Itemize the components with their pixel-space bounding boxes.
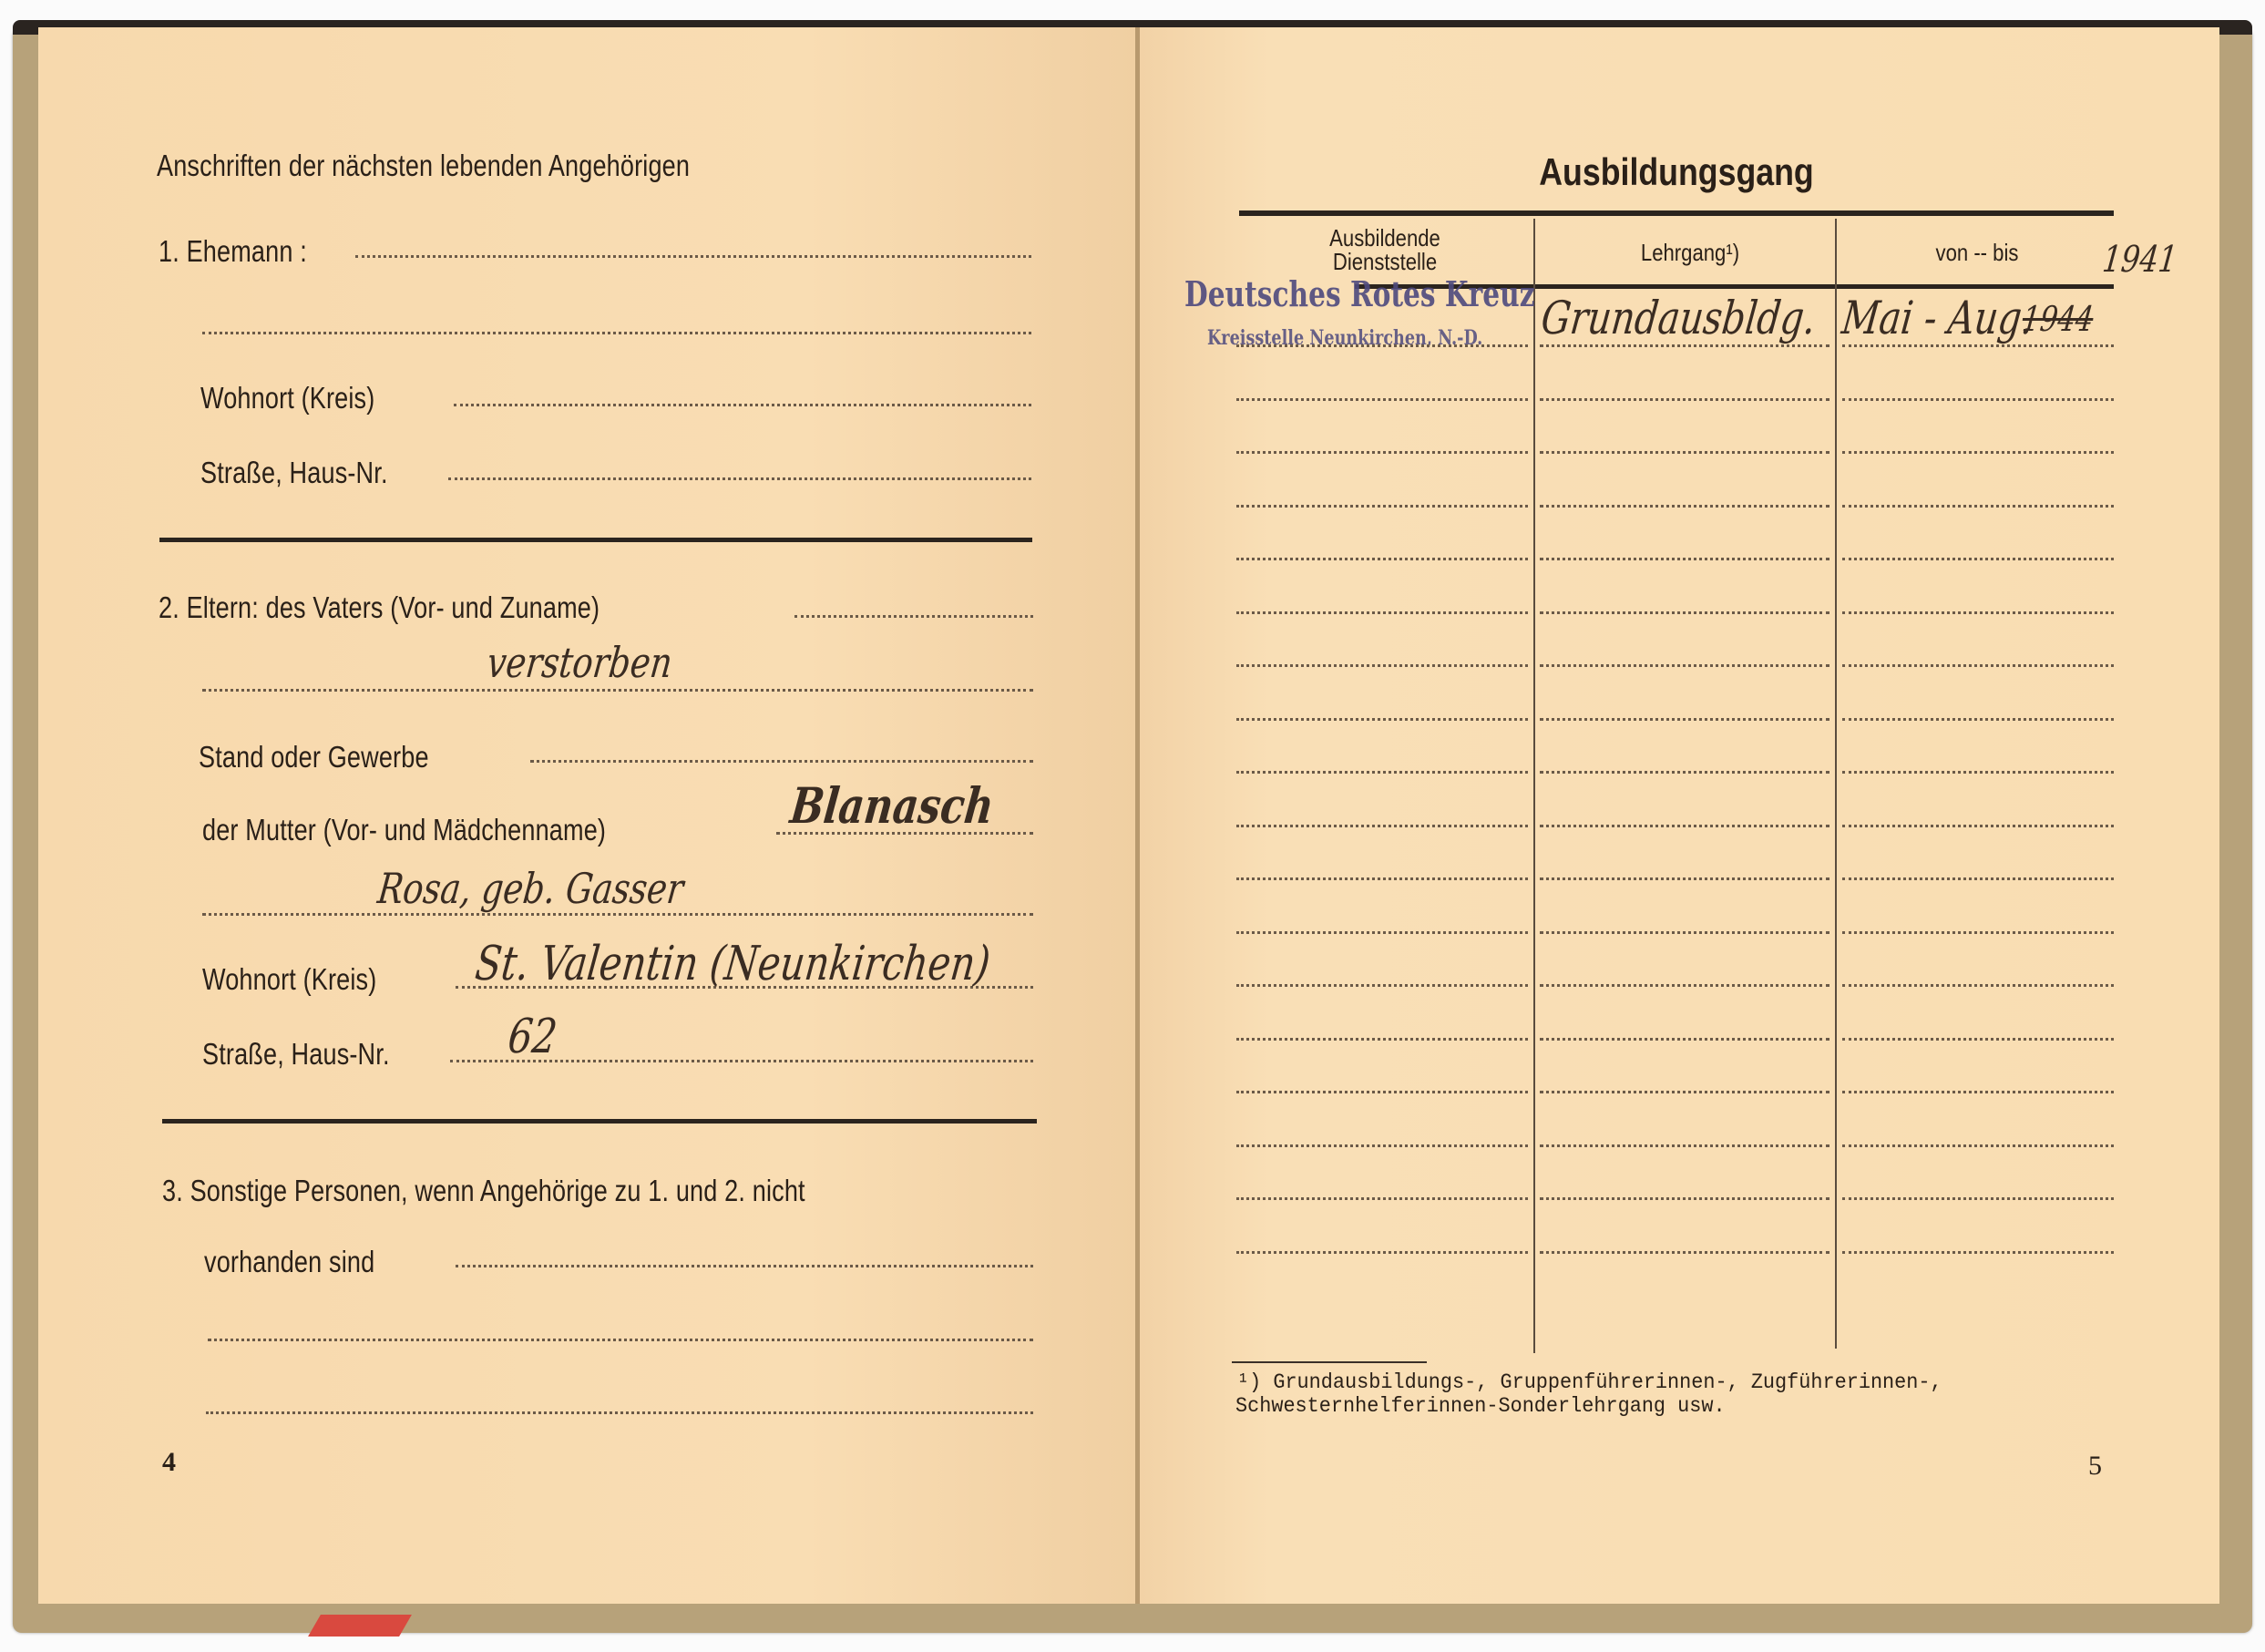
vater-field-line2[interactable] (202, 689, 1033, 692)
ehemann-field-line2[interactable] (202, 332, 1031, 334)
left-heading: Anschriften der nächsten lebenden Angehö… (157, 149, 690, 183)
mutter-strasse-handwritten: 62 (506, 1010, 560, 1064)
table-cell-line[interactable] (1540, 1144, 1829, 1147)
table-cell-line[interactable] (1540, 1197, 1829, 1200)
table-cell-line[interactable] (1236, 558, 1528, 560)
table-cell-line[interactable] (1236, 718, 1528, 721)
table-cell-line[interactable] (1236, 664, 1528, 667)
stand-label: Stand oder Gewerbe (199, 740, 429, 775)
table-cell-line[interactable] (1842, 344, 2114, 347)
page-number-left: 4 (162, 1447, 176, 1478)
table-cell-line[interactable] (1236, 505, 1528, 508)
table-cell-line[interactable] (1842, 771, 2114, 774)
table-cell-line[interactable] (1540, 931, 1829, 934)
table-cell-line[interactable] (1236, 1038, 1528, 1041)
table-cell-line[interactable] (1842, 877, 2114, 880)
table-cell-line[interactable] (1236, 1091, 1528, 1093)
table-cell-line[interactable] (1236, 398, 1528, 401)
footnote-divider (1232, 1361, 1427, 1363)
table-cell-line[interactable] (1842, 451, 2114, 454)
table-cell-line[interactable] (1236, 1197, 1528, 1200)
footnote-line2: Schwesternhelferinnen-Sonderlehrgang usw… (1235, 1394, 1726, 1418)
table-cell-line[interactable] (1842, 1251, 2114, 1254)
table-cell-line[interactable] (1842, 931, 2114, 934)
ehemann-field[interactable] (355, 255, 1031, 258)
table-cell-line[interactable] (1236, 877, 1528, 880)
mutter-surname-handwritten: Blanasch (787, 776, 997, 835)
ehemann-wohnort-field[interactable] (454, 404, 1031, 406)
table-cell-line[interactable] (1540, 771, 1829, 774)
ehemann-strasse-field[interactable] (448, 477, 1031, 480)
page-number-right: 5 (2088, 1451, 2102, 1482)
table-cell-line[interactable] (1842, 611, 2114, 614)
table-cell-line[interactable] (1236, 451, 1528, 454)
table-top-rule (1239, 210, 2114, 216)
table-cell-line[interactable] (1540, 825, 1829, 827)
table-cell-line[interactable] (1842, 984, 2114, 987)
table-cell-line[interactable] (1842, 664, 2114, 667)
lehrgang-handwritten: Grundausbldg. (1539, 292, 1819, 344)
table-cell-line[interactable] (1842, 1144, 2114, 1147)
table-cell-line[interactable] (1842, 1091, 2114, 1093)
sonstige-label-line1: 3. Sonstige Personen, wenn Angehörige zu… (162, 1174, 805, 1208)
table-cell-line[interactable] (1236, 984, 1528, 987)
drk-stamp-line1: Deutsches Rotes Kreuz (1184, 273, 1535, 314)
sonstige-field-line2[interactable] (208, 1339, 1033, 1341)
year-struck-handwritten: 1944 (2021, 299, 2096, 339)
table-cell-line[interactable] (1236, 611, 1528, 614)
table-cell-line[interactable] (1842, 1038, 2114, 1041)
table-cell-line[interactable] (1540, 558, 1829, 560)
column-divider-1 (1533, 219, 1535, 1353)
table-cell-line[interactable] (1842, 1197, 2114, 1200)
table-cell-line[interactable] (1236, 931, 1528, 934)
ehemann-label: 1. Ehemann : (159, 234, 307, 269)
table-cell-line[interactable] (1842, 398, 2114, 401)
table-cell-line[interactable] (1540, 1091, 1829, 1093)
mutter-wohnort-handwritten: St. Valentin (Neunkirchen) (473, 937, 993, 991)
ausbildungsgang-title: Ausbildungsgang (1522, 150, 1831, 194)
ehemann-wohnort-label: Wohnort (Kreis) (200, 381, 374, 416)
table-cell-line[interactable] (1540, 398, 1829, 401)
table-cell-line[interactable] (1540, 984, 1829, 987)
table-cell-line[interactable] (1540, 611, 1829, 614)
sonstige-field[interactable] (456, 1265, 1033, 1267)
mutter-label: der Mutter (Vor- und Mädchenname) (202, 813, 606, 847)
mutter-strasse-label: Straße, Haus-Nr. (202, 1037, 390, 1072)
mutter-field-line2[interactable] (202, 913, 1033, 916)
table-cell-line[interactable] (1540, 451, 1829, 454)
footnote-line1: ¹) Grundausbildungs-, Gruppenführerinnen… (1237, 1370, 1942, 1394)
table-cell-line[interactable] (1540, 877, 1829, 880)
section-divider-2 (162, 1119, 1037, 1124)
table-cell-line[interactable] (1540, 1038, 1829, 1041)
sonstige-label-line2: vorhanden sind (204, 1245, 374, 1279)
vater-field[interactable] (794, 615, 1033, 618)
table-cell-line[interactable] (1236, 771, 1528, 774)
table-cell-line[interactable] (1842, 718, 2114, 721)
section-divider-1 (159, 538, 1032, 542)
vater-value-handwritten: verstorben (485, 638, 675, 687)
table-cell-line[interactable] (1842, 558, 2114, 560)
eltern-vater-label: 2. Eltern: des Vaters (Vor- und Zuname) (159, 590, 600, 625)
von-bis-handwritten: Mai - Aug. (1840, 292, 2036, 344)
sonstige-field-line3[interactable] (206, 1411, 1033, 1414)
table-cell-line[interactable] (1540, 664, 1829, 667)
table-cell-line[interactable] (1540, 1251, 1829, 1254)
table-cell-line[interactable] (1540, 344, 1829, 347)
table-cell-line[interactable] (1236, 344, 1528, 347)
col-header-dienststelle: Ausbildende Dienststelle (1292, 226, 1478, 273)
ehemann-strasse-label: Straße, Haus-Nr. (200, 456, 388, 490)
column-divider-2 (1835, 219, 1837, 1349)
table-cell-line[interactable] (1842, 505, 2114, 508)
mutter-wohnort-label: Wohnort (Kreis) (202, 962, 376, 997)
mutter-name-handwritten: Rosa, geb. Gasser (375, 864, 686, 913)
table-cell-line[interactable] (1540, 505, 1829, 508)
col-header-von-bis: von -- bis (1869, 241, 2086, 264)
red-ribbon-mark (308, 1615, 412, 1637)
year-corrected-handwritten: 1941 (2100, 239, 2179, 281)
col-header-lehrgang: Lehrgang¹) (1585, 241, 1795, 264)
table-cell-line[interactable] (1540, 718, 1829, 721)
table-cell-line[interactable] (1842, 825, 2114, 827)
table-cell-line[interactable] (1236, 825, 1528, 827)
stand-field[interactable] (530, 760, 1033, 763)
table-cell-line[interactable] (1236, 1144, 1528, 1147)
table-cell-line[interactable] (1236, 1251, 1528, 1254)
